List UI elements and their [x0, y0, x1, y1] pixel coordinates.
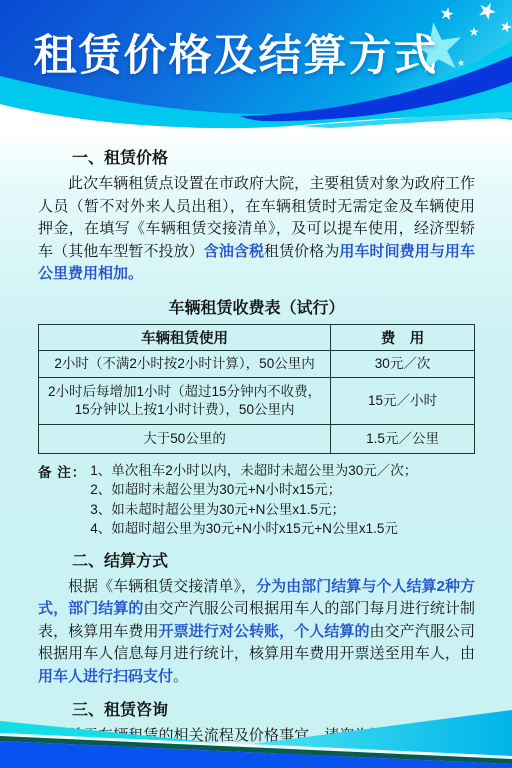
poster-body: 一、租赁价格 此次车辆租赁点设置在市政府大院，主要租赁对象为政府工作人员（暂不对… — [0, 132, 512, 768]
section-price-paragraph: 此次车辆租赁点设置在市政府大院，主要租赁对象为政府工作人员（暂不对外来人员出租）… — [38, 173, 475, 286]
footer-waves — [0, 708, 512, 768]
page-title: 租赁价格及结算方式 — [0, 22, 472, 83]
highlight-text: 开票进行对公转账，个人结算的 — [159, 623, 370, 640]
usage-cell: 2小时（不满2小时按2小时计算），50公里内 — [39, 350, 331, 377]
usage-cell: 大于50公里的 — [39, 424, 331, 453]
section-settlement-paragraph: 根据《车辆租赁交接清单》，分为由部门结算与个人结算2种方式，部门结算的由交产汽服… — [38, 576, 475, 689]
highlight-text: 含油含税 — [204, 243, 264, 260]
fee-table: 车辆租赁使用 费 用 2小时（不满2小时按2小时计算），50公里内 30元／次 … — [38, 324, 475, 454]
poster: 租赁价格及结算方式 一、租赁价格 此次车辆租赁点设置在市政府大院，主要租赁对象为… — [0, 0, 512, 768]
fee-cell: 30元／次 — [331, 350, 475, 377]
section-settlement-heading: 二、结算方式 — [72, 548, 475, 571]
section-price-heading: 一、租赁价格 — [72, 145, 475, 168]
fee-cell: 15元／小时 — [331, 377, 475, 424]
column-header-fee: 费 用 — [331, 324, 475, 350]
fee-cell: 1.5元／公里 — [331, 424, 475, 453]
usage-cell: 2小时后每增加1小时（超过15分钟内不收费， 15分钟以上按1小时计费），50公… — [39, 377, 331, 424]
fee-table-title: 车辆租赁收费表（试行） — [38, 295, 475, 318]
header-banner: 租赁价格及结算方式 — [0, 0, 512, 132]
text-segment: 根据《车辆租赁交接清单》， — [68, 578, 256, 595]
table-header-row: 车辆租赁使用 费 用 — [39, 324, 475, 350]
note-item: 4、如超时超公里为30元+N小时x15元+N公里x1.5元 — [90, 519, 417, 539]
table-row: 大于50公里的 1.5元／公里 — [39, 424, 475, 453]
text-segment: 租赁价格为 — [264, 243, 339, 260]
notes-items: 1、单次租车2小时以内，未超时未超公里为30元／次； 2、如超时未超公里为30元… — [90, 461, 417, 539]
notes-label: 备 注： — [38, 461, 86, 539]
column-header-usage: 车辆租赁使用 — [39, 324, 331, 350]
text-segment: 。 — [173, 668, 188, 685]
highlight-text: 用车人进行扫码支付 — [38, 668, 173, 685]
notes-block: 备 注： 1、单次租车2小时以内，未超时未超公里为30元／次； 2、如超时未超公… — [38, 461, 475, 539]
note-item: 1、单次租车2小时以内，未超时未超公里为30元／次； — [90, 461, 417, 481]
table-row: 2小时（不满2小时按2小时计算），50公里内 30元／次 — [39, 350, 475, 377]
note-item: 2、如超时未超公里为30元+N小时x15元； — [90, 480, 417, 500]
table-row: 2小时后每增加1小时（超过15分钟内不收费， 15分钟以上按1小时计费），50公… — [39, 377, 475, 424]
note-item: 3、如未超时超公里为30元+N公里x1.5元； — [90, 500, 417, 520]
